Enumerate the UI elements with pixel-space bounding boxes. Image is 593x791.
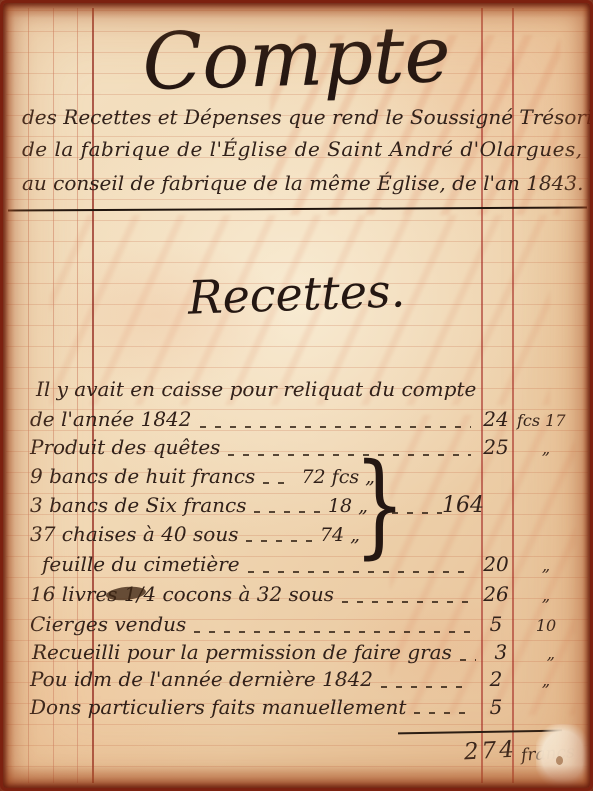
ledger-row: 9 bancs de huit francs 72 fcs „	[30, 463, 375, 490]
ledger-row: 37 chaises à 40 sous 74 „	[30, 521, 360, 548]
ledger-row: Recueilli pour la permission de faire gr…	[32, 639, 577, 667]
grouping-brace: }	[354, 449, 405, 561]
leader-dashes	[200, 426, 471, 428]
row-label: 9 bancs de huit francs	[30, 463, 255, 489]
leader-dashes	[381, 686, 471, 688]
francs-amount: 20	[475, 551, 517, 577]
row-label: Dons particuliers faits manuellement	[30, 694, 406, 720]
centimes-amount: fcs 17	[517, 408, 575, 434]
row-label: Il y avait en caisse pour reliquat du co…	[36, 376, 476, 402]
leader-dashes	[263, 482, 293, 484]
total-amount: 274	[463, 737, 517, 766]
ledger-row: de l'année 1842 24 fcs 17	[30, 406, 575, 434]
subtitle-line: des Recettes et Dépenses que rend le Sou…	[22, 102, 583, 132]
leader-dashes	[392, 512, 442, 514]
row-label: Produit des quêtes	[30, 434, 220, 460]
ledger-row: feuille du cimetière 20 „	[42, 551, 575, 579]
ledger-row: Pou idm de l'année dernière 1842 2 „	[30, 666, 575, 694]
leader-dashes	[248, 571, 471, 573]
centimes-amount: „	[522, 641, 580, 667]
centimes-amount: „	[517, 668, 575, 694]
francs-amount: 2	[475, 666, 517, 692]
row-label: de l'année 1842	[30, 406, 192, 432]
leader-dashes	[228, 454, 471, 456]
leader-dashes	[414, 712, 471, 714]
subtitle-line: au conseil de fabrique de la même Église…	[22, 168, 583, 198]
leader-dashes	[194, 631, 471, 633]
centimes-amount: „	[517, 583, 575, 609]
ledger-page: Compte des Recettes et Dépenses que rend…	[0, 0, 593, 791]
ledger-row: Cierges vendus 5 10	[30, 611, 575, 639]
subtitle-line: de la fabrique de l'Église de Saint Andr…	[22, 134, 583, 164]
francs-amount: 3	[480, 639, 522, 665]
centimes-amount: „	[517, 553, 575, 579]
row-label: feuille du cimetière	[42, 551, 240, 577]
centimes-amount: „	[517, 436, 575, 462]
group-total-amount: 164	[440, 493, 486, 518]
francs-amount: 25	[475, 434, 517, 460]
leader-dashes	[342, 601, 471, 603]
centimes-amount: 10	[517, 613, 575, 639]
ledger-row: 3 bancs de Six francs 18 „	[30, 492, 368, 519]
row-label: Pou idm de l'année dernière 1842	[30, 666, 373, 692]
francs-amount: 24	[475, 406, 517, 432]
francs-amount: 5	[475, 611, 517, 637]
row-label: Recueilli pour la permission de faire gr…	[32, 639, 452, 665]
leader-dashes	[246, 540, 311, 542]
leader-dashes	[254, 511, 319, 513]
row-label: 3 bancs de Six francs	[30, 492, 246, 518]
page-title: Compte	[0, 2, 593, 115]
leader-dashes	[460, 659, 476, 661]
total-unit: francs	[520, 742, 575, 766]
ledger-row: Il y avait en caisse pour reliquat du co…	[36, 376, 581, 402]
row-label: 37 chaises à 40 sous	[30, 521, 238, 547]
francs-amount: 5	[475, 694, 517, 720]
row-label: Cierges vendus	[30, 611, 186, 637]
francs-amount: 26	[475, 581, 517, 607]
ledger-row: Dons particuliers faits manuellement 5	[30, 694, 575, 720]
row-label: 16 livres 1/4 cocons à 32 sous	[30, 581, 334, 607]
ledger-row: Produit des quêtes 25 „	[30, 434, 575, 462]
